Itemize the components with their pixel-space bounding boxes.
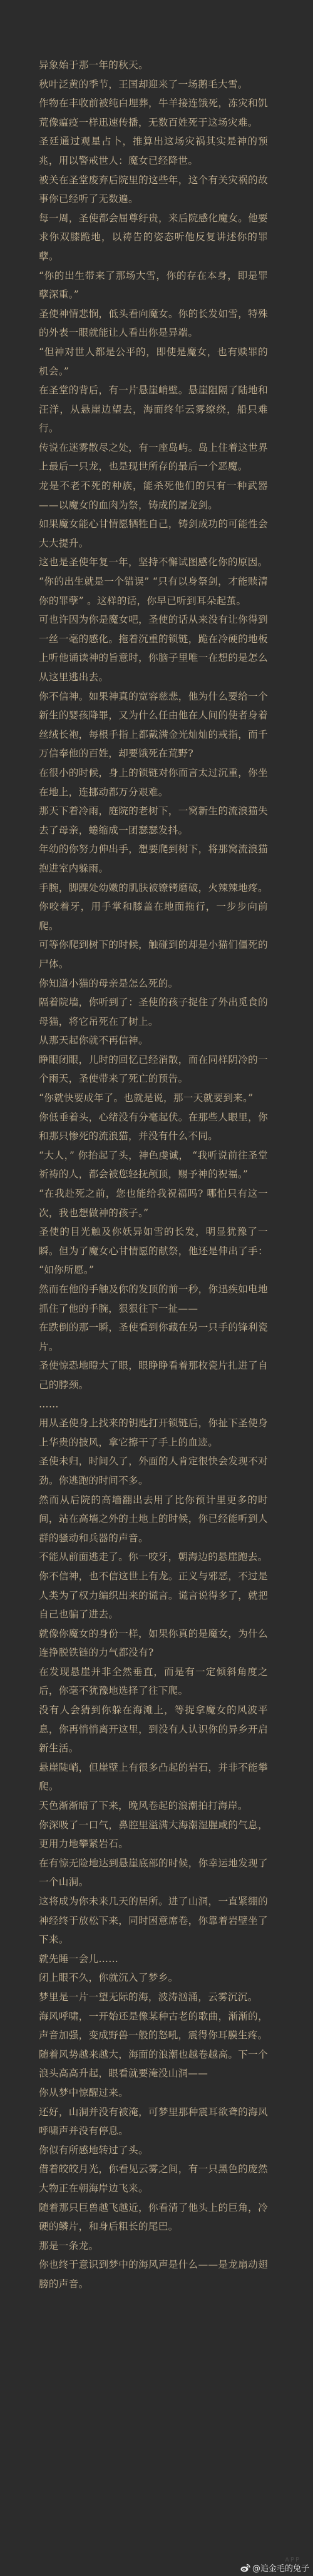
story-paragraph: 没有人会猜到你躲在海滩上，等捉拿魔女的风波平息，你再悄悄离开这里，到没有人认识你…: [39, 1701, 268, 1758]
story-paragraph: 你也终于意识到梦中的海风声是什么——是龙扇动翅膀的声音。: [39, 2255, 268, 2293]
story-paragraph: 这将成为你未来几天的居所。进了山洞，一直紧绷的神经终于放松下来，同时困意席卷，你…: [39, 1892, 268, 1950]
story-paragraph: 手腕，脚踝处幼嫩的肌肤被镣铐磨破，火辣辣地疼。你咬着牙，用手掌和膝盖在地面拖行，…: [39, 878, 268, 936]
story-paragraph: 还好，山洞并没有被淹，可梦里那种震耳欲聋的海风呼啸声并没有停息。: [39, 2103, 268, 2141]
story-paragraph: 你不信神。如果神真的宽容慈悲，他为什么要给一个新生的婴孩降罪，又为什么任由他在人…: [39, 687, 268, 763]
story-paragraph: 从那天起你就不再信神。: [39, 1031, 268, 1050]
story-paragraph: 那是一条龙。: [39, 2236, 268, 2256]
story-paragraph: 传说在迷雾散尽之处，有一座岛屿。岛上住着这世界上最后一只龙，也是现世所存的最后一…: [39, 438, 268, 476]
story-paragraph: “你的出生就是一个错误” “只有以身祭剑，才能赎清你的罪孽” 。这样的话，你早已…: [39, 572, 268, 610]
story-paragraph: 年幼的你努力伸出手，想要爬到树下，将那窝流浪猫抱进室内躲雨。: [39, 840, 268, 878]
story-paragraph: 海风呼啸，一开始还是像某种古老的歌曲，渐渐的，声音加强，变成野兽一般的怒吼，震得…: [39, 2007, 268, 2045]
story-paragraph: 如果魔女能心甘情愿牺牲自己，铸剑成功的可能性会大大提升。: [39, 515, 268, 553]
story-paragraph: 异象始于那一年的秋天。: [39, 56, 268, 75]
story-paragraph: 圣使的目光触及你妖异如雪的长发，明显犹豫了一瞬。但为了魔女心甘情愿的献祭，他还是…: [39, 1222, 268, 1280]
story-paragraph: 就像你魔女的身份一样，如果你真的是魔女，为什么连挣脱铁链的力气都没有?: [39, 1624, 268, 1663]
story-paragraph: 在很小的时候，身上的锁链对你而言太过沉重，你坐在地上，连挪动都万分艰难。: [39, 763, 268, 802]
story-paragraph: 闭上眼不久，你就沉入了梦乡。: [39, 1968, 268, 1988]
story-text: 异象始于那一年的秋天。秋叶泛黄的季节，王国却迎来了一场鹅毛大雪。作物在丰收前被纯…: [39, 56, 268, 2293]
story-paragraph: 那天下着冷雨，庭院的老树下，一窝新生的流浪猫失去了母亲，蜷缩成一团瑟瑟发抖。: [39, 802, 268, 840]
story-paragraph: 你从梦中惊醒过来。: [39, 2083, 268, 2103]
story-paragraph: 秋叶泛黄的季节，王国却迎来了一场鹅毛大雪。: [39, 75, 268, 94]
story-paragraph: 在发现悬崖并非全然垂直，而是有一定倾斜角度之后，你毫不犹豫地选择了往下爬。: [39, 1663, 268, 1701]
story-paragraph: 可也许因为你是魔女吧，圣使的话从来没有让你得到一丝一毫的感化。拖着沉重的锁链，跪…: [39, 610, 268, 687]
story-paragraph: 睁眼闭眼，儿时的回忆已经消散，而在同样阴冷的一个雨天，圣使带来了死亡的预告。: [39, 1050, 268, 1089]
story-paragraph: “但神对世人都是公平的，即使是魔女，也有赎罪的机会。”: [39, 343, 268, 381]
story-paragraph: 然而在他的手触及你的发顶的前一秒，你迅疾如电地抓住了他的手腕，狠狠往下一扯——: [39, 1280, 268, 1318]
story-paragraph: 你似有所感地转过了头。: [39, 2141, 268, 2160]
weibo-icon: [240, 2563, 250, 2572]
story-paragraph: 然而从后院的高墙翻出去用了比你预计里更多的时间，站在高墙之外的土地上的时候，你已…: [39, 1491, 268, 1548]
weibo-watermark: @追金毛的兔子: [240, 2562, 309, 2573]
story-paragraph: 你不信神，也不信这世上有龙。正义与邪恶，不过是人类为了权力编织出来的谎言。谎言说…: [39, 1567, 268, 1624]
story-paragraph: 作物在丰收前被纯白埋葬，牛羊接连饿死，冻灾和饥荒像瘟疫一样迅速传播，无数百姓死于…: [39, 94, 268, 132]
story-paragraph: 在有惊无险地达到悬崖底部的时候，你幸运地发现了一个山洞。: [39, 1854, 268, 1892]
story-paragraph: 你低垂着头，心绪没有分毫起伏。在那些人眼里，你和那只惨死的流浪猫，并没有什么不同…: [39, 1108, 268, 1146]
story-paragraph: 随着风势越来越大，海面的浪潮也越卷越高。下一个浪头高高升起，眼看就要淹没山洞——: [39, 2045, 268, 2083]
story-paragraph: ……: [39, 1395, 268, 1414]
story-paragraph: 隔着院墙，你听到了：圣使的孩子捉住了外出觅食的母猫，将它吊死在了树上。: [39, 993, 268, 1031]
story-paragraph: 圣使未归，时间久了，外面的人肯定很快会发现不对劲。你逃跑的时间不多。: [39, 1452, 268, 1490]
watermark-handle: @追金毛的兔子: [252, 2562, 309, 2573]
story-paragraph: 借着皎皎月光，你看见云雾之间，有一只黑色的庞然大物正在朝海岸边飞来。: [39, 2160, 268, 2198]
story-paragraph: 你知道小猫的母亲是怎么死的。: [39, 974, 268, 994]
story-paragraph: “大人，” 你抬起了头，神色虔诚， “我听说前往圣堂祈祷的人，都会被您轻抚颅顶，…: [39, 1146, 268, 1184]
story-paragraph: 圣使惊恐地瞪大了眼，眼睁睁看着那枚瓷片扎进了自己的脖颈。: [39, 1356, 268, 1394]
story-paragraph: “你就快要成年了。也就是说，那一天就要到来。”: [39, 1089, 268, 1108]
story-paragraph: 天色渐渐暗了下来，晚风卷起的浪潮拍打海岸。: [39, 1796, 268, 1816]
story-paragraph: 龙是不老不死的种族，能杀死他们的只有一种武器——以魔女的血肉为祭，铸成的屠龙剑。: [39, 476, 268, 515]
story-paragraph: 每一周，圣使都会屈尊纡贵，来后院感化魔女。他要求你双膝跪地，以祷告的姿态听他反复…: [39, 209, 268, 266]
story-paragraph: 不能从前面逃走了。你一咬牙，朝海边的悬崖跑去。: [39, 1547, 268, 1567]
story-paragraph: 在跌倒的那一瞬，圣使看到你藏在另一只手的锋利瓷片。: [39, 1318, 268, 1356]
story-paragraph: 圣使神情悲悯，低头看向魔女。你的长发如雪，特殊的外表一眼就能让人看出你是异端。: [39, 304, 268, 343]
story-paragraph: 你深吸了一口气，鼻腔里溢满大海潮湿腥咸的气息，更用力地攀紧岩石。: [39, 1816, 268, 1854]
story-paragraph: 这也是圣使年复一年，坚持不懈试图感化你的原因。: [39, 553, 268, 572]
story-paragraph: 悬崖陡峭，但崖壁上有很多凸起的岩石，并非不能攀爬。: [39, 1758, 268, 1796]
story-paragraph: 用从圣使身上找来的钥匙打开锁链后，你扯下圣使身上华贵的披风，拿它擦干了手上的血迹…: [39, 1414, 268, 1452]
story-paragraph: “你的出生带来了那场大雪，你的存在本身，即是罪孽深重。”: [39, 266, 268, 304]
story-paragraph: “在我赴死之前，您也能给我祝福吗? 哪怕只有这一次，我也想做神的孩子。”: [39, 1184, 268, 1222]
story-paragraph: 可等你爬到树下的时候，触碰到的却是小猫们僵死的尸体。: [39, 935, 268, 974]
story-paragraph: 梦里是一片一望无际的海，波涛汹涌，云雾沉沉。: [39, 1988, 268, 2007]
story-paragraph: 就先睡一会儿……: [39, 1950, 268, 1969]
story-paragraph: 圣廷通过观星占卜，推算出这场灾祸其实是神的预兆，用以警戒世人：魔女已经降世。: [39, 132, 268, 170]
story-paragraph: 随着那只巨兽越飞越近，你看清了他头上的巨角，冷硬的鳞片，和身后粗长的尾巴。: [39, 2198, 268, 2236]
story-paragraph: 被关在圣堂废弃后院里的这些年，这个有关灾祸的故事你已经听了无数遍。: [39, 171, 268, 209]
story-paragraph: 在圣堂的背后，有一片悬崖峭壁。悬崖阻隔了陆地和汪洋，从悬崖边望去，海面终年云雾缭…: [39, 381, 268, 438]
